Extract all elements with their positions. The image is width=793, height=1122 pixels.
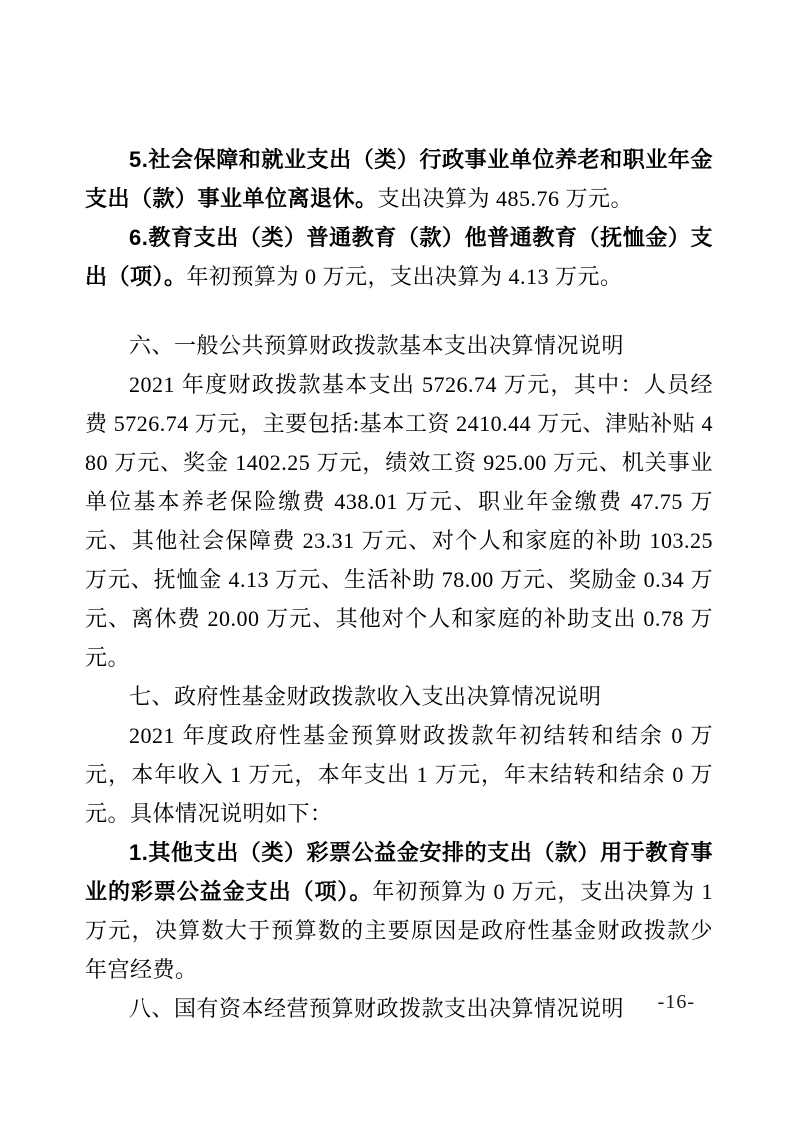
paragraph-item-5: 5.社会保障和就业支出（类）行政事业单位养老和职业年金支出（款）事业单位离退休。… [85,140,713,218]
paragraph-item-6: 6.教育支出（类）普通教育（款）他普通教育（抚恤金）支出（项）。年初预算为 0 … [85,218,713,296]
section-6-heading: 六、一般公共预算财政拨款基本支出决算情况说明 [85,326,713,365]
section-7-heading: 七、政府性基金财政拨款收入支出决算情况说明 [85,677,713,716]
document-content: 5.社会保障和就业支出（类）行政事业单位养老和职业年金支出（款）事业单位离退休。… [85,140,713,1028]
section-6-body: 2021 年度财政拨款基本支出 5726.74 万元，其中：人员经费 5726.… [85,365,713,677]
section-7-body: 2021 年度政府性基金预算财政拨款年初结转和结余 0 万元，本年收入 1 万元… [85,716,713,833]
item-6-regular-text: 年初预算为 0 万元，支出决算为 4.13 万元。 [187,264,623,289]
item-5-regular-text: 支出决算为 485.76 万元。 [378,186,634,211]
page-number: -16- [658,990,695,1014]
section-8-heading: 八、国有资本经营预算财政拨款支出决算情况说明 [85,989,713,1028]
paragraph-item-1: 1.其他支出（类）彩票公益金安排的支出（款）用于教育事业的彩票公益金支出（项）。… [85,833,713,989]
document-page: 5.社会保障和就业支出（类）行政事业单位养老和职业年金支出（款）事业单位离退休。… [0,0,793,1122]
